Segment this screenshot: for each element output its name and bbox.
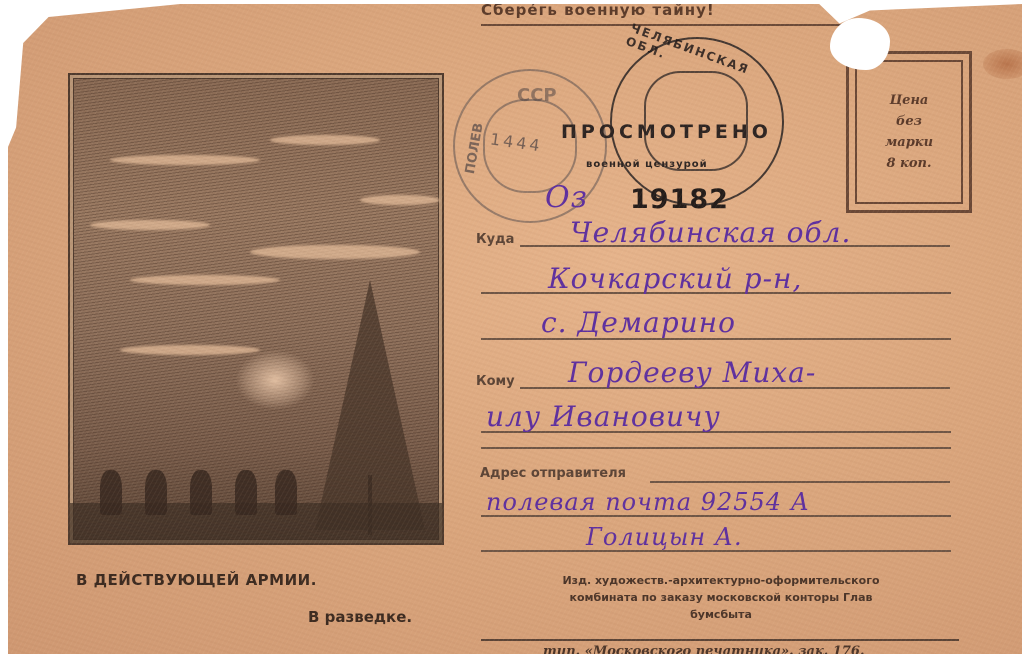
- address-line: [650, 481, 950, 483]
- illustration: [68, 73, 444, 545]
- to-line-1: Челябинская обл.: [570, 216, 851, 249]
- stain: [983, 49, 1024, 79]
- sun: [235, 350, 315, 410]
- sender-line-1: полевая почта 92554 А: [486, 488, 810, 516]
- cloud: [250, 245, 420, 259]
- recipient-line-1: Гордееву Миха-: [568, 356, 816, 389]
- rider: [145, 470, 167, 515]
- stamp-price-inner: Цена без марки 8 коп.: [855, 60, 963, 204]
- stamp-price-box: Цена без марки 8 коп.: [846, 51, 972, 213]
- bottom-rule: [481, 639, 959, 641]
- censor-stamp-subtitle: военной цензурой: [586, 159, 708, 170]
- address-line: [481, 447, 951, 449]
- to-line-3: с. Демарино: [541, 306, 736, 339]
- caption-title: В ДЕЙСТВУЮЩЕЙ АРМИИ.: [76, 571, 317, 589]
- stamp-line: марки: [885, 132, 933, 153]
- rider: [235, 470, 257, 515]
- printer-imprint: тип. «Московского печатника». зак. 176.: [543, 644, 864, 658]
- recipient-line-2: илу Ивановичу: [486, 400, 721, 433]
- censor-handwritten-mark: Оз: [545, 180, 588, 215]
- publisher-line-1: Изд. художеств.-архитектурно-оформительс…: [486, 572, 956, 589]
- rider: [275, 470, 297, 515]
- sender-label: Адрес отправителя: [480, 466, 626, 481]
- postcard: Сбере́гь военную тайну! В ДЕЙСТВУЮЩЕЙ АР…: [8, 4, 1022, 654]
- stamp-line: 8 коп.: [886, 153, 931, 174]
- cloud: [360, 195, 440, 205]
- cloud: [90, 220, 210, 230]
- publisher-line-3: бумсбыта: [486, 606, 956, 623]
- headline-rule: [481, 24, 843, 26]
- censor-stamp-title: ПРОСМОТРЕНО: [561, 121, 772, 143]
- publisher-imprint: Изд. художеств.-архитектурно-оформительс…: [486, 572, 956, 623]
- cloud: [120, 345, 260, 355]
- cloud: [130, 275, 280, 285]
- caption-subtitle: В разведке.: [308, 608, 412, 626]
- rider: [100, 470, 122, 515]
- sender-line-2: Голицын А.: [586, 523, 743, 551]
- cloud: [110, 155, 260, 165]
- to-label: Куда: [476, 232, 514, 247]
- to-line-2: Кочкарский р-н,: [548, 262, 802, 295]
- stamp-line: без: [896, 111, 922, 132]
- postmark-top-text: ССР: [517, 85, 557, 106]
- address-line: [481, 550, 951, 552]
- paper-tear-hole: [830, 18, 890, 70]
- stamp-line: Цена: [890, 90, 929, 111]
- publisher-line-2: комбината по заказу московской конторы Г…: [486, 589, 956, 606]
- censor-stamp-number: 19182: [630, 184, 729, 215]
- rider: [190, 470, 212, 515]
- cloud: [270, 135, 380, 145]
- headline: Сбере́гь военную тайну!: [481, 1, 846, 19]
- address-line: [481, 515, 951, 517]
- recipient-label: Кому: [476, 374, 515, 389]
